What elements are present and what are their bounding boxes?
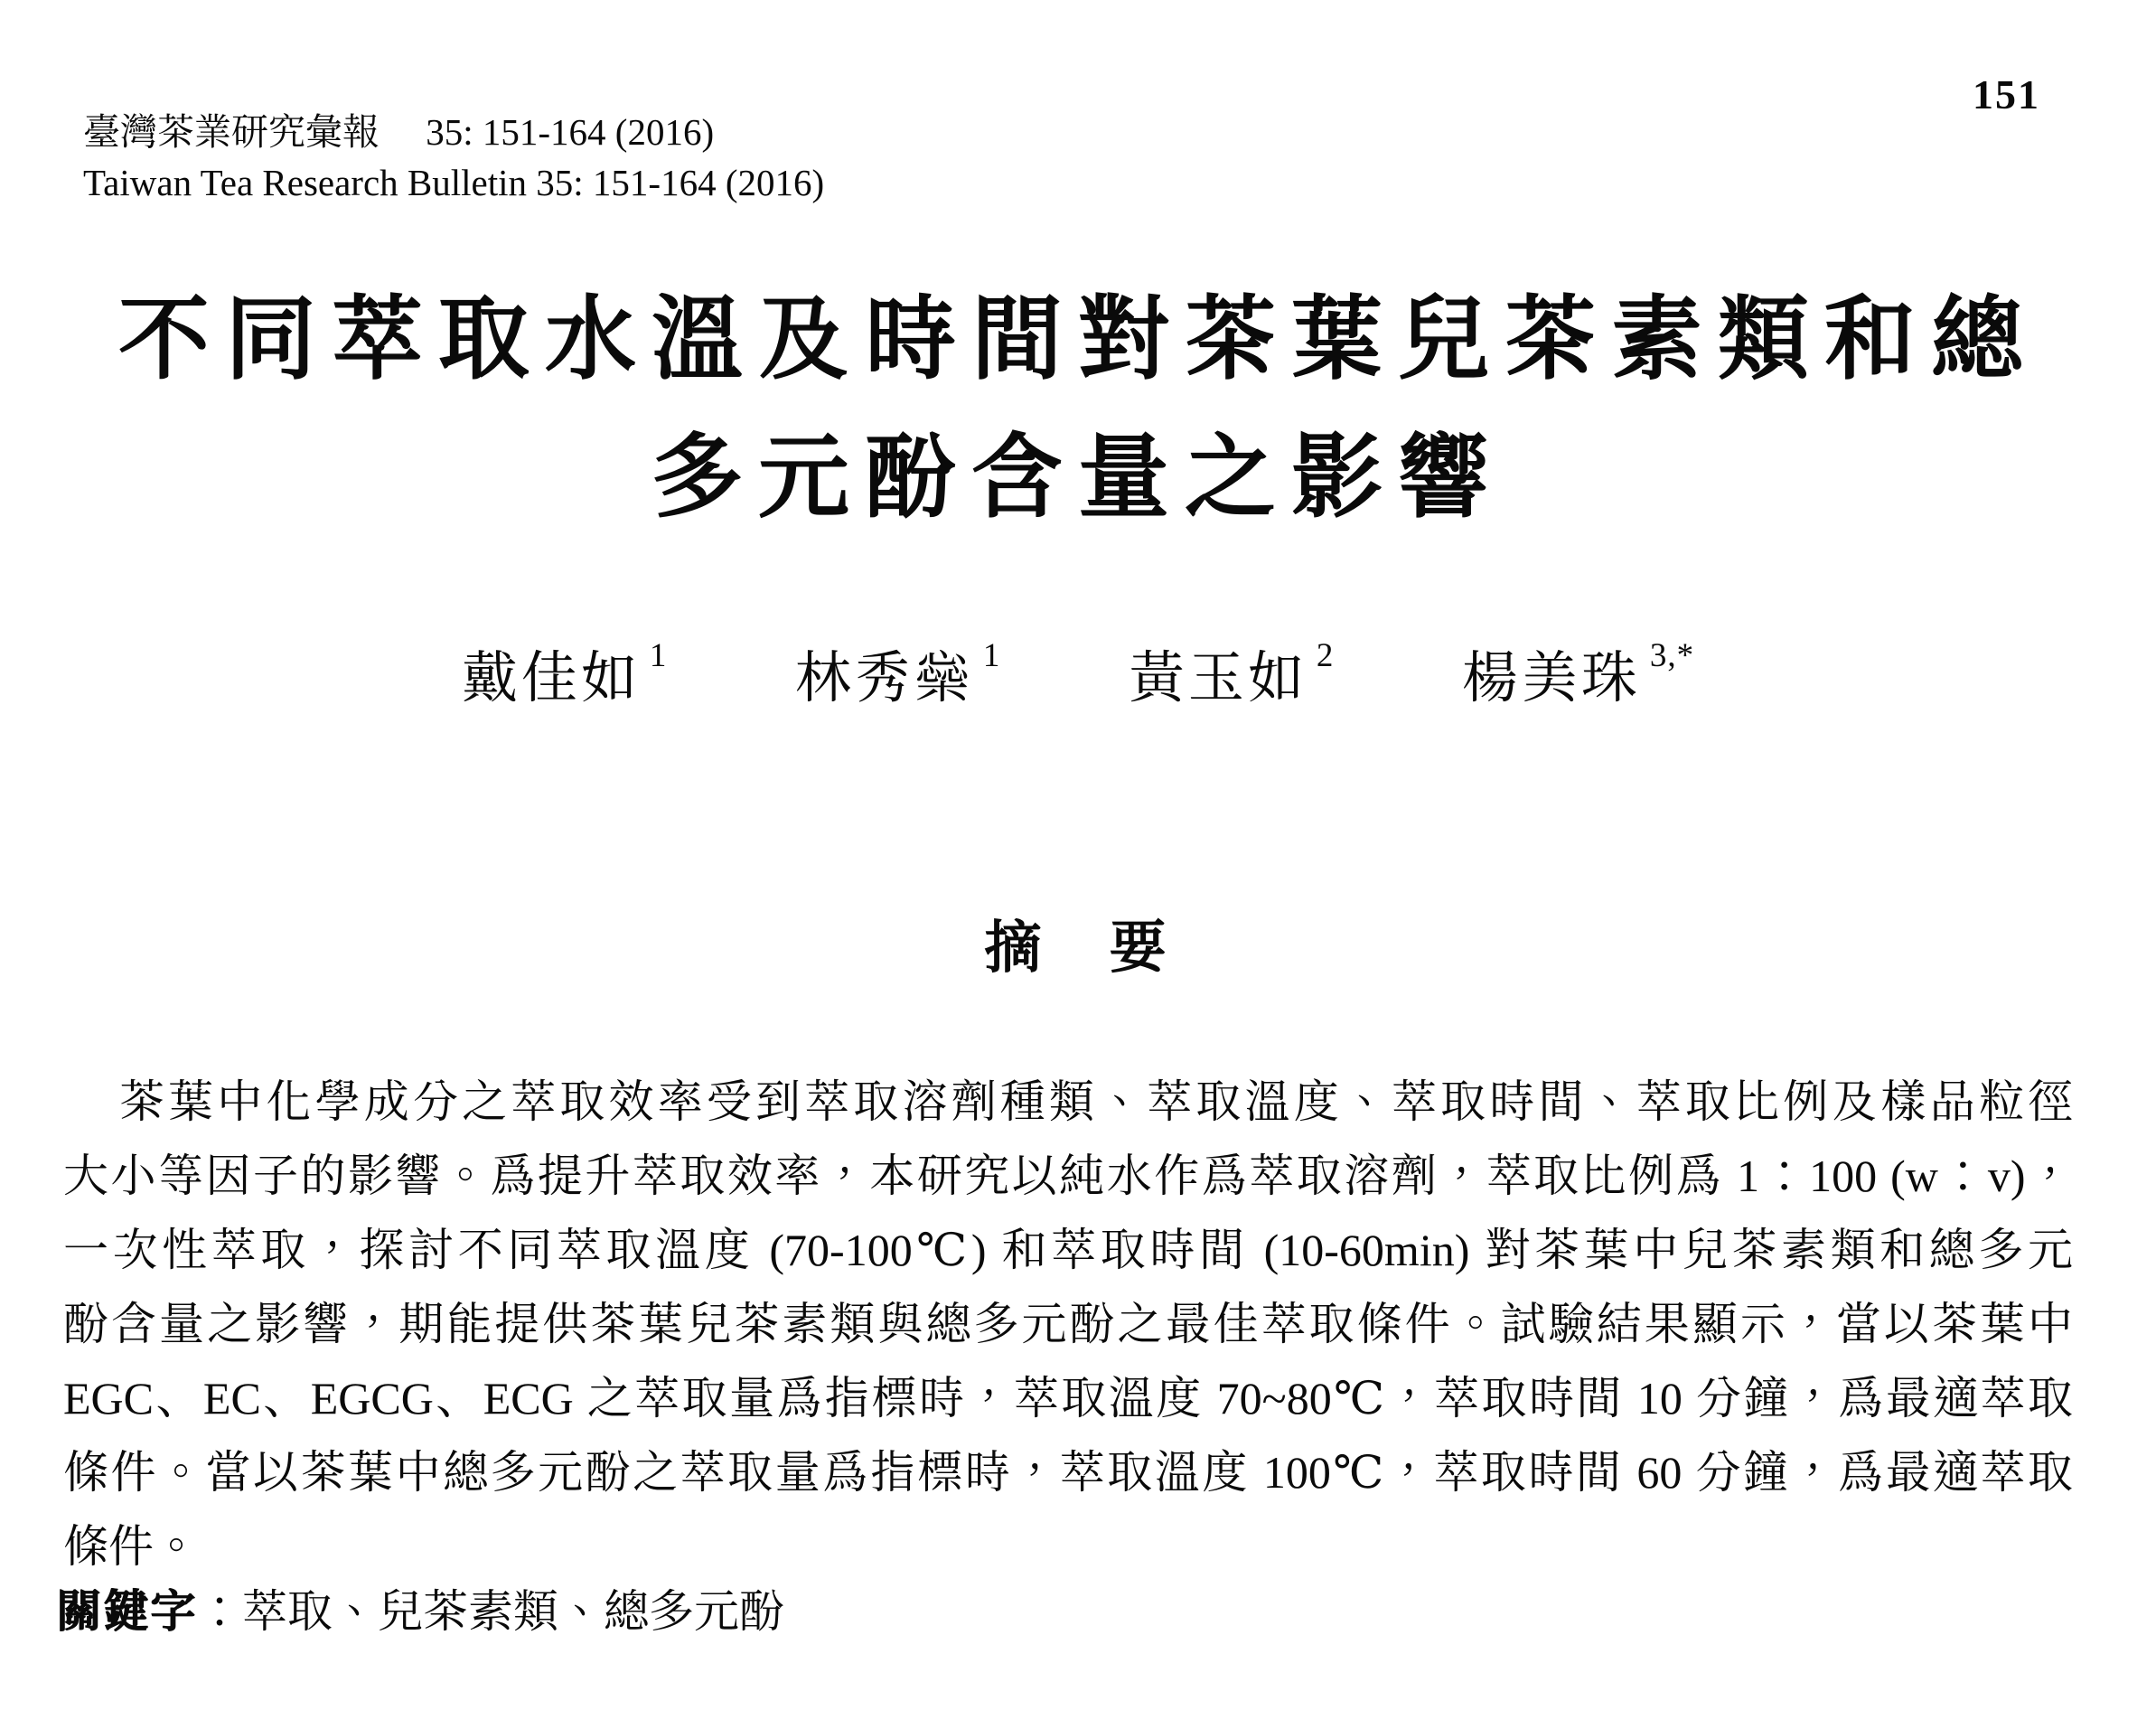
author-2-affiliation-mark: 1 bbox=[974, 637, 1001, 674]
abstract-line: 條件。 bbox=[63, 1509, 2073, 1583]
keywords-line: 關鍵字：萃取、兒茶素類、總多元酚 bbox=[56, 1580, 784, 1643]
abstract-line: 茶葉中化學成分之萃取效率受到萃取溶劑種類、萃取溫度、萃取時間、萃取比例及樣品粒徑 bbox=[63, 1065, 2073, 1139]
article-title-line1: 不同萃取水溫及時間對茶葉兒茶素類和總 bbox=[0, 271, 2156, 409]
author-4: 楊美珠3,* bbox=[1462, 633, 1694, 713]
author-4-corresponding-mark: 3,* bbox=[1641, 637, 1694, 674]
journal-title-zh: 臺灣茶業研究彙報 35: 151-164 (2016) bbox=[83, 107, 824, 157]
abstract-line: 一次性萃取，探討不同萃取溫度 (70-100℃) 和萃取時間 (10-60min… bbox=[63, 1213, 2073, 1287]
author-1-name: 戴佳如 bbox=[462, 648, 641, 709]
abstract-body: 茶葉中化學成分之萃取效率受到萃取溶劑種類、萃取溫度、萃取時間、萃取比例及樣品粒徑… bbox=[63, 1065, 2073, 1583]
page-number: 151 bbox=[1973, 70, 2040, 118]
author-3: 黃玉如2 bbox=[1129, 633, 1335, 713]
keywords-separator: ： bbox=[197, 1586, 242, 1637]
keywords-text: 萃取、兒茶素類、總多元酚 bbox=[242, 1586, 784, 1637]
article-title: 不同萃取水溫及時間對茶葉兒茶素類和總 多元酚含量之影響 bbox=[0, 271, 2156, 548]
article-title-line2: 多元酚含量之影響 bbox=[0, 409, 2156, 548]
author-4-name: 楊美珠 bbox=[1462, 648, 1641, 709]
author-list: 戴佳如1 林秀橤1 黃玉如2 楊美珠3,* bbox=[0, 633, 2156, 713]
abstract-line: 酚含量之影響，期能提供茶葉兒茶素類與總多元酚之最佳萃取條件。試驗結果顯示，當以茶… bbox=[63, 1287, 2073, 1361]
abstract-line: 大小等因子的影響。爲提升萃取效率，本研究以純水作爲萃取溶劑，萃取比例爲 1：10… bbox=[63, 1139, 2073, 1213]
journal-title-en: Taiwan Tea Research Bulletin 35: 151-164… bbox=[83, 157, 824, 208]
abstract-line: EGC、EC、EGCG、ECG 之萃取量爲指標時，萃取溫度 70~80℃，萃取時… bbox=[63, 1361, 2073, 1435]
author-2: 林秀橤1 bbox=[795, 633, 1001, 713]
journal-header: 臺灣茶業研究彙報 35: 151-164 (2016) Taiwan Tea R… bbox=[83, 107, 824, 208]
author-1-affiliation-mark: 1 bbox=[641, 637, 668, 674]
paper-page: 151 臺灣茶業研究彙報 35: 151-164 (2016) Taiwan T… bbox=[0, 0, 2156, 1710]
abstract-line: 條件。當以茶葉中總多元酚之萃取量爲指標時，萃取溫度 100℃，萃取時間 60 分… bbox=[63, 1435, 2073, 1509]
author-3-name: 黃玉如 bbox=[1129, 648, 1308, 709]
author-3-affiliation-mark: 2 bbox=[1308, 637, 1335, 674]
author-2-name: 林秀橤 bbox=[795, 648, 974, 709]
keywords-label: 關鍵字 bbox=[56, 1586, 197, 1637]
abstract-heading: 摘 要 bbox=[0, 902, 2156, 984]
author-1: 戴佳如1 bbox=[462, 633, 668, 713]
